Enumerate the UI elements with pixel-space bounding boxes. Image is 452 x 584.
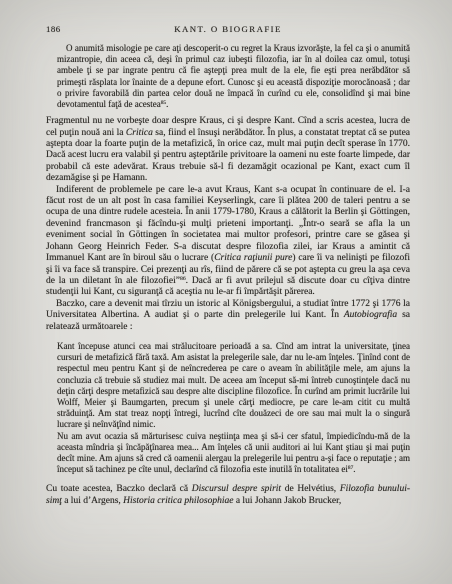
paragraph-indiferent: Indiferent de problemele pe care le-a av… <box>46 185 410 299</box>
book-page: 186 KANT. O BIOGRAFIE O anumită misologi… <box>0 0 452 584</box>
page-number: 186 <box>46 24 104 34</box>
quote-paragraph-2: Nu am avut ocazia să mărturisesc cuiva n… <box>57 431 410 476</box>
page-header: 186 KANT. O BIOGRAFIE <box>46 24 410 34</box>
quote-paragraph-1: Kant începuse atunci cea mai strălucitoa… <box>57 341 410 431</box>
block-quote-kraus-letter: O anumită misologie pe care aţi descoper… <box>57 43 410 110</box>
paragraph-cu-toate: Cu toate acestea, Baczko declară că Disc… <box>46 484 410 507</box>
paragraph-fragmentul: Fragmentul nu ne vorbeşte doar despre Kr… <box>46 116 410 184</box>
running-head: KANT. O BIOGRAFIE <box>104 24 352 34</box>
paragraph-baczko-intro: Baczko, care a devenit mai tîrziu un ist… <box>46 299 410 333</box>
block-quote-baczko-autobiography: Kant începuse atunci cea mai strălucitoa… <box>57 341 410 475</box>
